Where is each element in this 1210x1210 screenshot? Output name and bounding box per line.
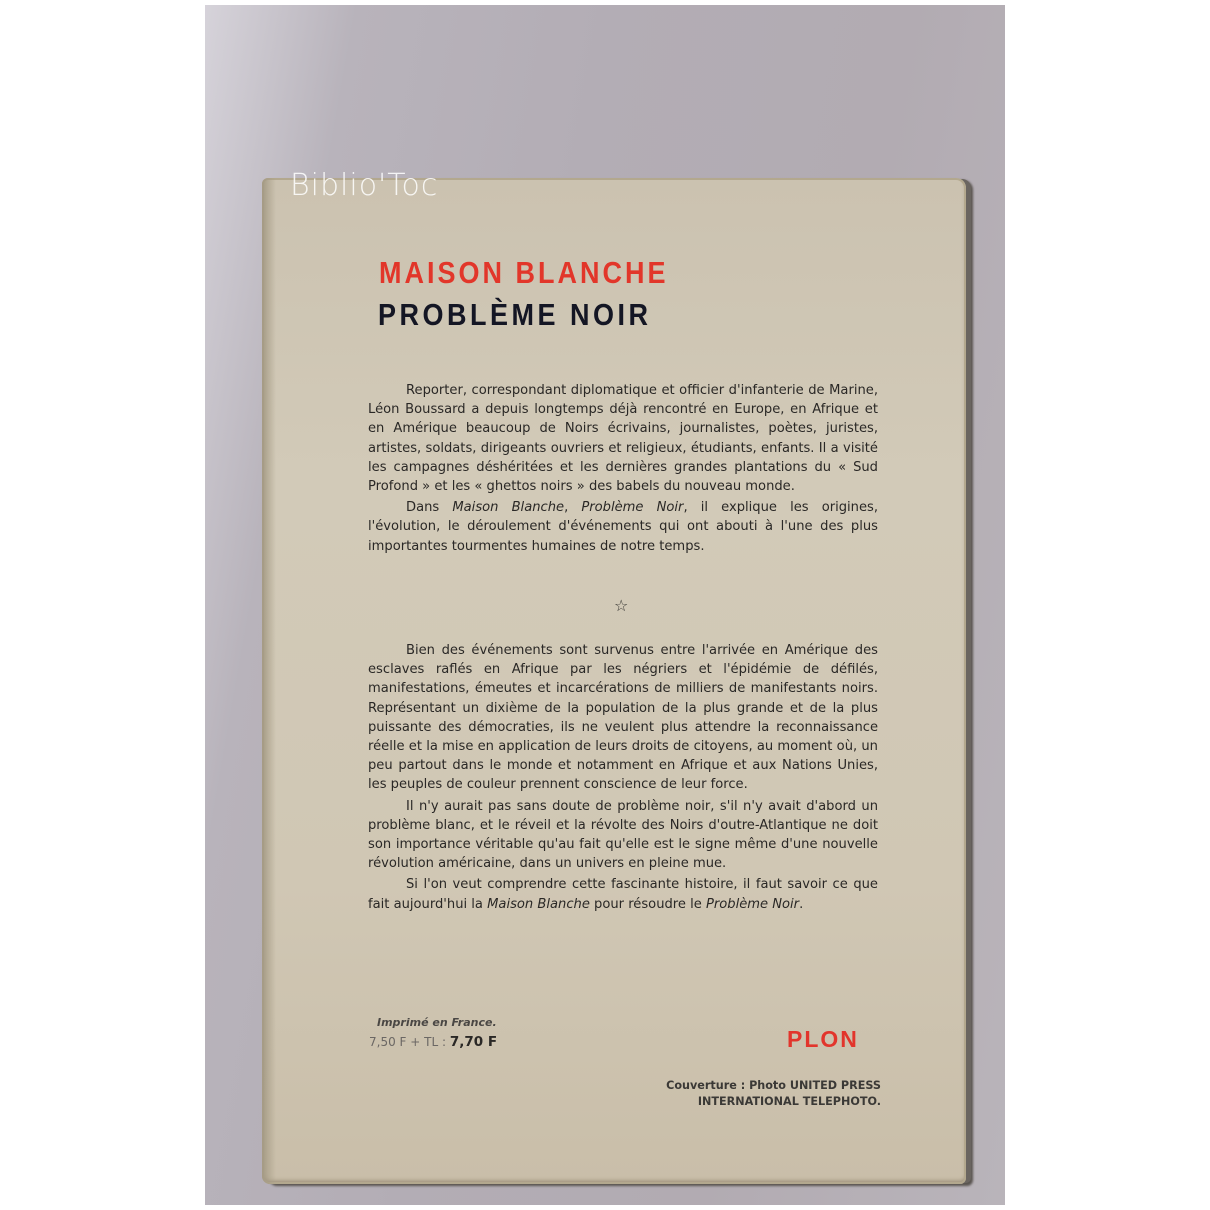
printed-in-label: Imprimé en France. xyxy=(377,1016,497,1029)
cover-credit: Couverture : Photo UNITED PRESS INTERNAT… xyxy=(651,1078,881,1110)
italic-title: Maison Blanche xyxy=(452,500,564,515)
price-total: 7,70 F xyxy=(450,1034,497,1050)
credit-line-2: INTERNATIONAL TELEPHOTO. xyxy=(651,1094,881,1110)
star-outline-icon: ☆ xyxy=(614,596,628,615)
watermark-logo: Biblio'Toc xyxy=(290,168,438,203)
title-line-1: MAISON BLANCHE xyxy=(379,256,669,291)
italic-title: Problème Noir xyxy=(706,897,799,912)
blurb-paragraph: Reporter, correspondant diplomatique et … xyxy=(368,381,878,496)
blurb-part-1: Reporter, correspondant diplomatique et … xyxy=(368,381,878,558)
credit-line-1: Couverture : Photo UNITED PRESS xyxy=(651,1078,881,1094)
blurb-paragraph: Dans Maison Blanche, Problème Noir, il e… xyxy=(368,498,878,556)
blurb-paragraph: Bien des événements sont survenus entre … xyxy=(368,641,878,795)
price-base: 7,50 F + TL : xyxy=(369,1035,450,1049)
blurb-part-2: Bien des événements sont survenus entre … xyxy=(368,641,878,916)
italic-title: Maison Blanche xyxy=(487,897,590,912)
price-label: 7,50 F + TL : 7,70 F xyxy=(369,1034,497,1050)
italic-title: Problème Noir xyxy=(581,500,683,515)
title-line-2: PROBLÈME NOIR xyxy=(378,298,652,333)
blurb-paragraph: Il n'y aurait pas sans doute de problème… xyxy=(368,797,878,874)
publisher-logo: PLON xyxy=(787,1026,859,1053)
blurb-paragraph: Si l'on veut comprendre cette fascinante… xyxy=(368,875,878,913)
